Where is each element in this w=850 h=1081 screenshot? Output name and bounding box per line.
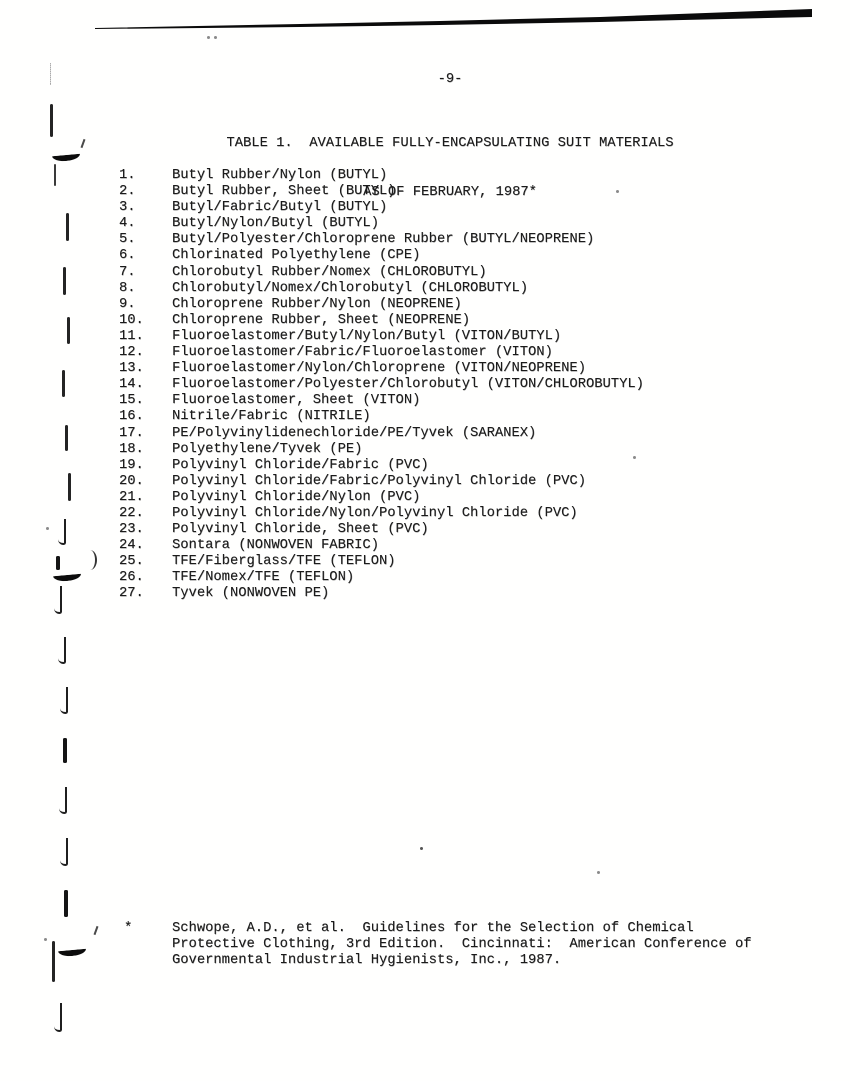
scan-speck: [597, 871, 600, 874]
page-number: -9-: [50, 72, 850, 87]
footnote-marker: *: [124, 921, 172, 970]
material-row: 25.TFE/Fiberglass/TFE (TEFLON): [119, 554, 644, 570]
scan-speck: [46, 527, 49, 530]
material-row: 26.TFE/Nomex/TFE (TEFLON): [119, 570, 644, 586]
material-text: Polyvinyl Chloride/Fabric (PVC): [172, 458, 429, 474]
material-text: Polyvinyl Chloride/Nylon (PVC): [172, 490, 420, 506]
scan-mark-hook: [58, 637, 66, 664]
scan-mark-slash: [94, 926, 99, 935]
material-number: 26.: [119, 570, 172, 586]
material-number: 6.: [119, 248, 172, 264]
material-row: 22.Polyvinyl Chloride/Nylon/Polyvinyl Ch…: [119, 506, 644, 522]
scan-mark-vbar: [50, 63, 51, 85]
scan-mark-hook: [54, 1003, 62, 1032]
material-number: 22.: [119, 506, 172, 522]
material-text: Chlorinated Polyethylene (CPE): [172, 248, 420, 264]
material-number: 25.: [119, 554, 172, 570]
material-number: 27.: [119, 586, 172, 602]
material-row: 16.Nitrile/Fabric (NITRILE): [119, 409, 644, 425]
material-text: Butyl/Fabric/Butyl (BUTYL): [172, 200, 387, 216]
material-number: 12.: [119, 345, 172, 361]
scan-mark-vbar: [63, 267, 66, 295]
scan-edge-bar: [0, 0, 850, 34]
material-number: 15.: [119, 393, 172, 409]
scan-speck: [633, 456, 636, 459]
material-row: 14.Fluoroelastomer/Polyester/Chlorobutyl…: [119, 377, 644, 393]
scan-mark-vbar: [52, 941, 55, 982]
material-row: 2.Butyl Rubber, Sheet (BUTYL): [119, 184, 644, 200]
material-number: 17.: [119, 426, 172, 442]
scan-speck: [420, 847, 423, 850]
material-row: 5.Butyl/Polyester/Chloroprene Rubber (BU…: [119, 232, 644, 248]
scan-mark-hook: [60, 687, 68, 714]
material-number: 13.: [119, 361, 172, 377]
material-row: 10.Chloroprene Rubber, Sheet (NEOPRENE): [119, 313, 644, 329]
material-row: 7.Chlorobutyl Rubber/Nomex (CHLOROBUTYL): [119, 265, 644, 281]
material-row: 1.Butyl Rubber/Nylon (BUTYL): [119, 168, 644, 184]
material-number: 16.: [119, 409, 172, 425]
material-row: 15.Fluoroelastomer, Sheet (VITON): [119, 393, 644, 409]
material-text: Nitrile/Fabric (NITRILE): [172, 409, 371, 425]
scan-mark-vbar: [68, 473, 71, 501]
material-row: 12.Fluoroelastomer/Fabric/Fluoroelastome…: [119, 345, 644, 361]
material-text: Chloroprene Rubber, Sheet (NEOPRENE): [172, 313, 470, 329]
scan-speck: [616, 190, 619, 193]
material-number: 8.: [119, 281, 172, 297]
material-text: Chloroprene Rubber/Nylon (NEOPRENE): [172, 297, 462, 313]
material-row: 27.Tyvek (NONWOVEN PE): [119, 586, 644, 602]
material-text: Polyvinyl Chloride, Sheet (PVC): [172, 522, 429, 538]
scan-mark-paren: [90, 550, 97, 570]
material-number: 7.: [119, 265, 172, 281]
scan-mark-hook: [59, 787, 67, 814]
scan-mark-vbar: [66, 213, 69, 241]
material-text: Butyl Rubber/Nylon (BUTYL): [172, 168, 387, 184]
materials-list: 1.Butyl Rubber/Nylon (BUTYL)2.Butyl Rubb…: [119, 168, 644, 603]
scan-mark-vbar: [54, 164, 56, 186]
material-text: PE/Polyvinylidenechloride/PE/Tyvek (SARA…: [172, 426, 536, 442]
scan-speck: [44, 938, 47, 941]
material-row: 3.Butyl/Fabric/Butyl (BUTYL): [119, 200, 644, 216]
material-text: Fluoroelastomer/Polyester/Chlorobutyl (V…: [172, 377, 644, 393]
material-text: Chlorobutyl Rubber/Nomex (CHLOROBUTYL): [172, 265, 487, 281]
scan-mark-vbar: [50, 104, 53, 137]
material-row: 19.Polyvinyl Chloride/Fabric (PVC): [119, 458, 644, 474]
material-text: Butyl/Nylon/Butyl (BUTYL): [172, 216, 379, 232]
material-row: 21.Polyvinyl Chloride/Nylon (PVC): [119, 490, 644, 506]
material-number: 9.: [119, 297, 172, 313]
material-text: Butyl Rubber, Sheet (BUTYL): [172, 184, 396, 200]
scan-mark-vbar: [64, 890, 68, 917]
material-text: TFE/Fiberglass/TFE (TEFLON): [172, 554, 396, 570]
material-number: 18.: [119, 442, 172, 458]
scan-speck: [214, 36, 217, 39]
footnote-line: Protective Clothing, 3rd Edition. Cincin…: [172, 937, 752, 953]
document-page: -9- TABLE 1. AVAILABLE FULLY-ENCAPSULATI…: [0, 0, 850, 1081]
material-text: TFE/Nomex/TFE (TEFLON): [172, 570, 354, 586]
material-row: 24.Sontara (NONWOVEN FABRIC): [119, 538, 644, 554]
material-number: 10.: [119, 313, 172, 329]
material-row: 4.Butyl/Nylon/Butyl (BUTYL): [119, 216, 644, 232]
material-text: Fluoroelastomer/Butyl/Nylon/Butyl (VITON…: [172, 329, 561, 345]
material-number: 21.: [119, 490, 172, 506]
material-text: Fluoroelastomer/Fabric/Fluoroelastomer (…: [172, 345, 553, 361]
scan-mark-vbar: [56, 556, 60, 570]
material-row: 17.PE/Polyvinylidenechloride/PE/Tyvek (S…: [119, 426, 644, 442]
material-row: 18.Polyethylene/Tyvek (PE): [119, 442, 644, 458]
scan-mark-vbar: [62, 370, 65, 397]
material-text: Butyl/Polyester/Chloroprene Rubber (BUTY…: [172, 232, 594, 248]
material-text: Polyethylene/Tyvek (PE): [172, 442, 362, 458]
material-row: 6.Chlorinated Polyethylene (CPE): [119, 248, 644, 264]
material-number: 19.: [119, 458, 172, 474]
scan-mark-vbar: [65, 425, 68, 451]
footnote-line: Governmental Industrial Hygienists, Inc.…: [172, 953, 752, 969]
material-number: 23.: [119, 522, 172, 538]
material-text: Sontara (NONWOVEN FABRIC): [172, 538, 379, 554]
material-number: 1.: [119, 168, 172, 184]
material-number: 2.: [119, 184, 172, 200]
material-row: 20.Polyvinyl Chloride/Fabric/Polyvinyl C…: [119, 474, 644, 490]
footnote: * Schwope, A.D., et al. Guidelines for t…: [124, 921, 752, 970]
material-number: 20.: [119, 474, 172, 490]
table-title-line1: TABLE 1. AVAILABLE FULLY-ENCAPSULATING S…: [50, 136, 850, 152]
material-row: 11.Fluoroelastomer/Butyl/Nylon/Butyl (VI…: [119, 329, 644, 345]
material-text: Chlorobutyl/Nomex/Chlorobutyl (CHLOROBUT…: [172, 281, 528, 297]
material-row: 9.Chloroprene Rubber/Nylon (NEOPRENE): [119, 297, 644, 313]
scan-mark-vbar: [63, 738, 67, 763]
material-row: 23.Polyvinyl Chloride, Sheet (PVC): [119, 522, 644, 538]
material-number: 5.: [119, 232, 172, 248]
material-number: 4.: [119, 216, 172, 232]
scan-mark-hook: [58, 519, 66, 545]
footnote-line: Schwope, A.D., et al. Guidelines for the…: [172, 921, 752, 937]
scan-mark-hook: [60, 838, 68, 866]
material-row: 8.Chlorobutyl/Nomex/Chlorobutyl (CHLOROB…: [119, 281, 644, 297]
material-row: 13.Fluoroelastomer/Nylon/Chloroprene (VI…: [119, 361, 644, 377]
material-number: 3.: [119, 200, 172, 216]
scan-mark-hook: [54, 586, 62, 614]
scan-mark-crescent: [58, 943, 87, 957]
footnote-text: Schwope, A.D., et al. Guidelines for the…: [172, 921, 752, 970]
material-number: 11.: [119, 329, 172, 345]
material-text: Polyvinyl Chloride/Nylon/Polyvinyl Chlor…: [172, 506, 578, 522]
material-number: 14.: [119, 377, 172, 393]
material-text: Fluoroelastomer, Sheet (VITON): [172, 393, 420, 409]
material-number: 24.: [119, 538, 172, 554]
material-text: Polyvinyl Chloride/Fabric/Polyvinyl Chlo…: [172, 474, 586, 490]
scan-mark-vbar: [67, 317, 70, 344]
material-text: Tyvek (NONWOVEN PE): [172, 586, 329, 602]
material-text: Fluoroelastomer/Nylon/Chloroprene (VITON…: [172, 361, 586, 377]
scan-speck: [207, 36, 210, 39]
